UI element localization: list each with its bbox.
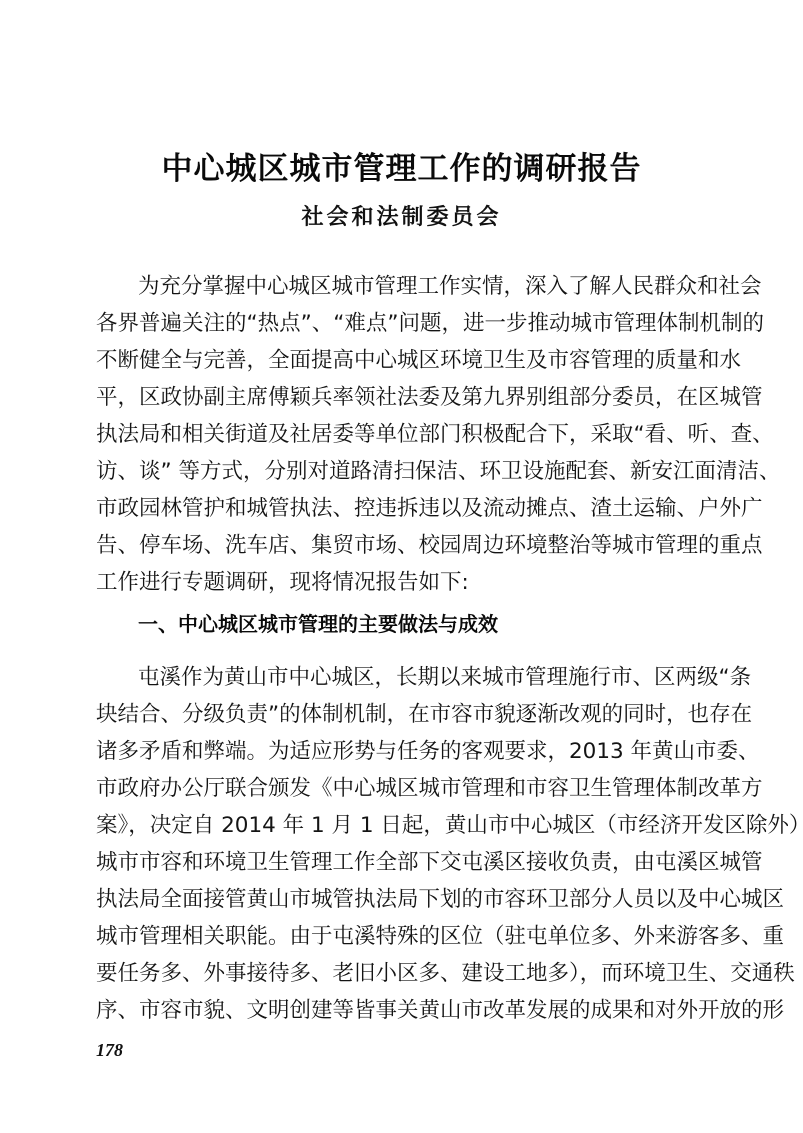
text-line: 块结合、分级负责”的体制机制，在市容市貌逐渐改观的同时，也存在 <box>96 701 708 729</box>
text-line: 各界普遍关注的“热点”、“难点”问题，进一步推动城市管理体制机制的 <box>96 310 708 338</box>
section-heading: 一、中心城区城市管理的主要做法与成效 <box>138 608 498 637</box>
text-line: 不断健全与完善，全面提高中心城区环境卫生及市容管理的质量和水 <box>96 347 708 375</box>
page-number: 178 <box>96 1040 123 1061</box>
text-line: 执法局和相关街道及社居委等单位部门积极配合下，采取“看、听、查、 <box>96 421 708 449</box>
text-line: 案》，决定自 2014 年 1 月 1 日起，黄山市中心城区（市经济开发区除外） <box>96 812 708 840</box>
text-line: 工作进行专题调研，现将情况报告如下: <box>96 569 708 597</box>
text-line: 执法局全面接管黄山市城管执法局下划的市容环卫部分人员以及中心城区 <box>96 886 708 914</box>
document-page: 中心城区城市管理工作的调研报告 社会和法制委员会 为充分掌握中心城区城市管理工作… <box>0 0 803 1133</box>
report-author: 社会和法制委员会 <box>0 200 803 231</box>
report-title: 中心城区城市管理工作的调研报告 <box>0 143 803 188</box>
text-line: 为充分掌握中心城区城市管理工作实情，深入了解人民群众和社会 <box>138 273 708 301</box>
text-line: 要任务多、外事接待多、老旧小区多、建设工地多），而环境卫生、交通秩 <box>96 960 708 988</box>
text-line: 序、市容市貌、文明创建等皆事关黄山市改革发展的成果和对外开放的形 <box>96 997 708 1025</box>
text-line: 诸多矛盾和弊端。为适应形势与任务的客观要求，2013 年黄山市委、 <box>96 738 708 766</box>
text-line: 城市市容和环境卫生管理工作全部下交屯溪区接收负责，由屯溪区城管 <box>96 849 708 877</box>
text-line: 告、停车场、洗车店、集贸市场、校园周边环境整治等城市管理的重点 <box>96 532 708 560</box>
text-line: 平，区政协副主席傅颖兵率领社法委及第九界别组部分委员，在区城管 <box>96 384 708 412</box>
text-line: 访、谈” 等方式，分别对道路清扫保洁、环卫设施配套、新安江面清洁、 <box>96 458 708 486</box>
text-line: 市政园林管护和城管执法、控违拆违以及流动摊点、渣土运输、户外广 <box>96 495 708 523</box>
text-line: 城市管理相关职能。由于屯溪特殊的区位（驻屯单位多、外来游客多、重 <box>96 923 708 951</box>
text-line: 市政府办公厅联合颁发《中心城区城市管理和市容卫生管理体制改革方 <box>96 775 708 803</box>
text-line: 屯溪作为黄山市中心城区，长期以来城市管理施行市、区两级“条 <box>138 664 708 692</box>
